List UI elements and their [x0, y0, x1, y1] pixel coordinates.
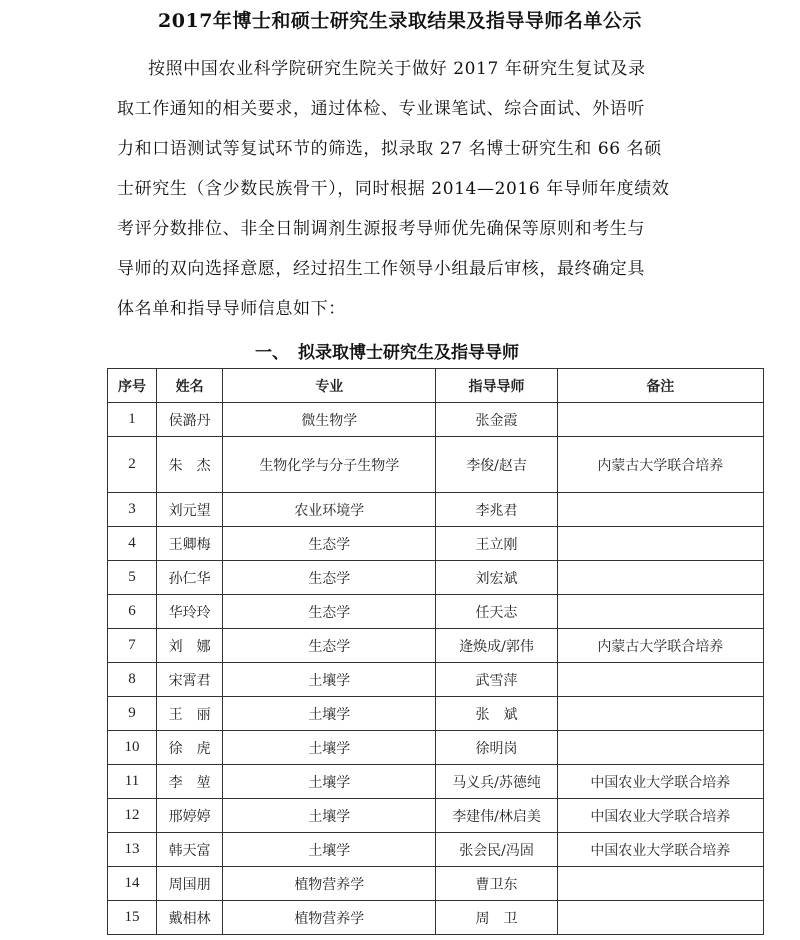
- cell-advisor: 李俊/赵吉: [436, 437, 557, 493]
- header-advisor: 指导导师: [436, 369, 557, 403]
- cell-note: [557, 867, 763, 901]
- header-major: 专业: [223, 369, 436, 403]
- cell-seq: 5: [108, 561, 157, 595]
- table-row: 1 侯潞丹 微生物学 张金霞: [108, 403, 764, 437]
- header-note: 备注: [557, 369, 763, 403]
- cell-name: 侯潞丹: [157, 403, 223, 437]
- cell-seq: 9: [108, 697, 157, 731]
- cell-note: 中国农业大学联合培养: [557, 833, 763, 867]
- cell-note: 中国农业大学联合培养: [557, 765, 763, 799]
- table-row: 15 戴相林 植物营养学 周 卫: [108, 901, 764, 935]
- cell-major: 农业环境学: [223, 493, 436, 527]
- table-row: 6 华玲玲 生态学 任天志: [108, 595, 764, 629]
- cell-note: [557, 901, 763, 935]
- cell-note: [557, 697, 763, 731]
- cell-note: [557, 561, 763, 595]
- cell-note: [557, 527, 763, 561]
- section-number: 一、: [255, 340, 289, 366]
- cell-note: [557, 595, 763, 629]
- cell-note: 内蒙古大学联合培养: [557, 437, 763, 493]
- cell-name: 周国朋: [157, 867, 223, 901]
- paragraph-line: 导师的双向选择意愿，经过招生工作领导小组最后审核，最终确定具: [117, 256, 645, 282]
- cell-advisor: 张金霞: [436, 403, 557, 437]
- paragraph-line: 士研究生（含少数民族骨干），同时根据 2014—2016 年导师年度绩效: [117, 176, 669, 202]
- table-row: 3 刘元望 农业环境学 李兆君: [108, 493, 764, 527]
- cell-seq: 13: [108, 833, 157, 867]
- cell-advisor: 任天志: [436, 595, 557, 629]
- cell-note: 内蒙古大学联合培养: [557, 629, 763, 663]
- cell-seq: 8: [108, 663, 157, 697]
- cell-name: 邢婷婷: [157, 799, 223, 833]
- table-row: 2 朱 杰 生物化学与分子生物学 李俊/赵吉 内蒙古大学联合培养: [108, 437, 764, 493]
- cell-major: 植物营养学: [223, 901, 436, 935]
- cell-major: 生物化学与分子生物学: [223, 437, 436, 493]
- cell-name: 徐 虎: [157, 731, 223, 765]
- table-row: 10 徐 虎 土壤学 徐明岗: [108, 731, 764, 765]
- cell-seq: 1: [108, 403, 157, 437]
- cell-advisor: 曹卫东: [436, 867, 557, 901]
- table-row: 12 邢婷婷 土壤学 李建伟/林启美 中国农业大学联合培养: [108, 799, 764, 833]
- cell-advisor: 王立刚: [436, 527, 557, 561]
- paragraph-line: 考评分数排位、非全日制调剂生源报考导师优先确保等原则和考生与: [117, 216, 645, 242]
- cell-name: 王 丽: [157, 697, 223, 731]
- cell-advisor: 武雪萍: [436, 663, 557, 697]
- paragraph-line: 按照中国农业科学院研究生院关于做好 2017 年研究生复试及录: [148, 56, 646, 82]
- cell-major: 土壤学: [223, 731, 436, 765]
- cell-note: [557, 663, 763, 697]
- table-row: 11 李 堃 土壤学 马义兵/苏德纯 中国农业大学联合培养: [108, 765, 764, 799]
- cell-major: 土壤学: [223, 765, 436, 799]
- cell-name: 韩天富: [157, 833, 223, 867]
- cell-seq: 7: [108, 629, 157, 663]
- cell-seq: 6: [108, 595, 157, 629]
- cell-advisor: 刘宏斌: [436, 561, 557, 595]
- cell-major: 生态学: [223, 595, 436, 629]
- cell-name: 李 堃: [157, 765, 223, 799]
- cell-seq: 11: [108, 765, 157, 799]
- cell-major: 植物营养学: [223, 867, 436, 901]
- paragraph-line: 力和口语测试等复试环节的筛选，拟录取 27 名博士研究生和 66 名硕: [117, 136, 662, 162]
- header-name: 姓名: [157, 369, 223, 403]
- cell-seq: 2: [108, 437, 157, 493]
- table-row: 8 宋霄君 土壤学 武雪萍: [108, 663, 764, 697]
- cell-advisor: 张 斌: [436, 697, 557, 731]
- cell-name: 刘元望: [157, 493, 223, 527]
- admission-table: 序号 姓名 专业 指导导师 备注 1 侯潞丹 微生物学 张金霞 2 朱 杰 生物…: [107, 368, 764, 935]
- cell-major: 土壤学: [223, 833, 436, 867]
- cell-note: [557, 493, 763, 527]
- table-row: 9 王 丽 土壤学 张 斌: [108, 697, 764, 731]
- cell-note: [557, 403, 763, 437]
- cell-major: 土壤学: [223, 697, 436, 731]
- table-row: 4 王卿梅 生态学 王立刚: [108, 527, 764, 561]
- cell-name: 王卿梅: [157, 527, 223, 561]
- table-row: 5 孙仁华 生态学 刘宏斌: [108, 561, 764, 595]
- cell-name: 华玲玲: [157, 595, 223, 629]
- cell-note: [557, 731, 763, 765]
- cell-advisor: 张会民/冯固: [436, 833, 557, 867]
- cell-advisor: 逄焕成/郭伟: [436, 629, 557, 663]
- table-row: 14 周国朋 植物营养学 曹卫东: [108, 867, 764, 901]
- cell-major: 生态学: [223, 629, 436, 663]
- cell-seq: 3: [108, 493, 157, 527]
- cell-name: 朱 杰: [157, 437, 223, 493]
- cell-major: 生态学: [223, 561, 436, 595]
- cell-major: 土壤学: [223, 799, 436, 833]
- cell-major: 土壤学: [223, 663, 436, 697]
- paragraph-line: 取工作通知的相关要求，通过体检、专业课笔试、综合面试、外语听: [117, 96, 645, 122]
- table-row: 13 韩天富 土壤学 张会民/冯固 中国农业大学联合培养: [108, 833, 764, 867]
- header-seq: 序号: [108, 369, 157, 403]
- cell-advisor: 徐明岗: [436, 731, 557, 765]
- cell-advisor: 李建伟/林启美: [436, 799, 557, 833]
- section-title: 拟录取博士研究生及指导导师: [298, 340, 519, 366]
- table-row: 7 刘 娜 生态学 逄焕成/郭伟 内蒙古大学联合培养: [108, 629, 764, 663]
- cell-name: 宋霄君: [157, 663, 223, 697]
- cell-seq: 12: [108, 799, 157, 833]
- cell-seq: 4: [108, 527, 157, 561]
- cell-seq: 15: [108, 901, 157, 935]
- table-header-row: 序号 姓名 专业 指导导师 备注: [108, 369, 764, 403]
- cell-major: 微生物学: [223, 403, 436, 437]
- cell-note: 中国农业大学联合培养: [557, 799, 763, 833]
- cell-major: 生态学: [223, 527, 436, 561]
- cell-advisor: 马义兵/苏德纯: [436, 765, 557, 799]
- cell-seq: 10: [108, 731, 157, 765]
- cell-name: 孙仁华: [157, 561, 223, 595]
- cell-advisor: 李兆君: [436, 493, 557, 527]
- cell-seq: 14: [108, 867, 157, 901]
- cell-advisor: 周 卫: [436, 901, 557, 935]
- cell-name: 戴相林: [157, 901, 223, 935]
- cell-name: 刘 娜: [157, 629, 223, 663]
- document-title: 2017年博士和硕士研究生录取结果及指导导师名单公示: [0, 8, 800, 34]
- paragraph-line: 体名单和指导导师信息如下：: [117, 296, 346, 322]
